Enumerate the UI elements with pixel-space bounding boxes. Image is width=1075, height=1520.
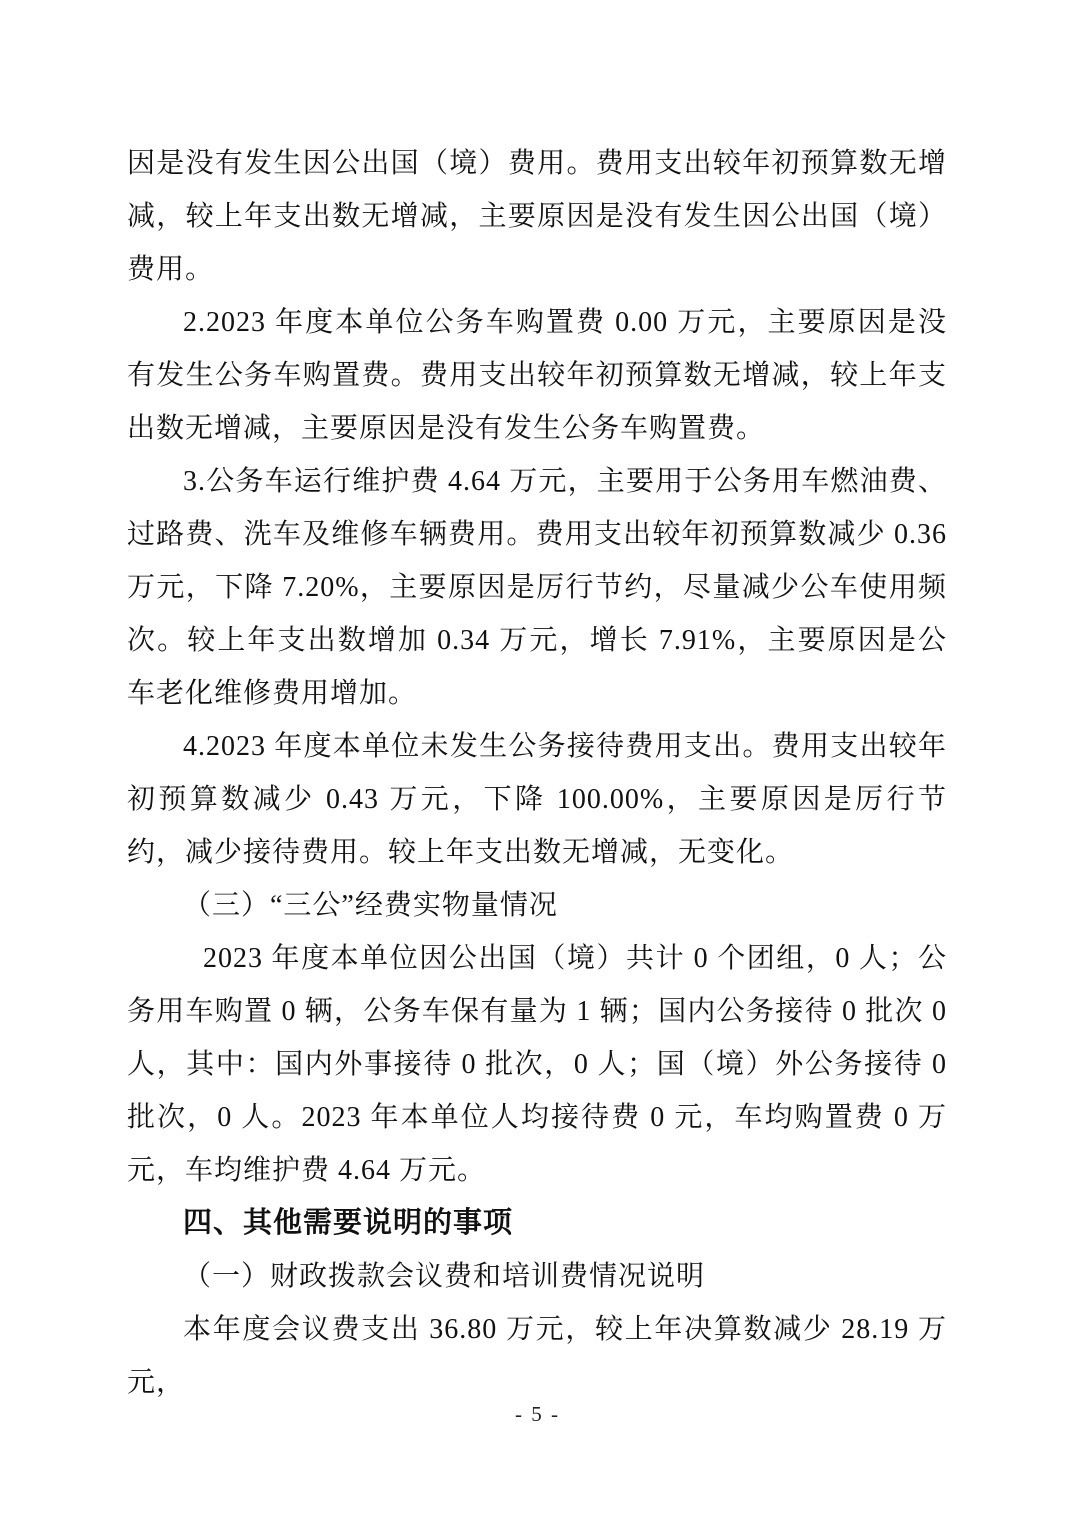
document-body: 因是没有发生因公出国（境）费用。费用支出较年初预算数无增减，较上年支出数无增减，… <box>127 137 947 1409</box>
paragraph-vehicle-purchase: 2.2023 年度本单位公务车购置费 0.00 万元，主要原因是没有发生公务车购… <box>127 296 947 455</box>
document-page: 因是没有发生因公出国（境）费用。费用支出较年初预算数无增减，较上年支出数无增减，… <box>0 0 1075 1520</box>
paragraph-vehicle-maintenance: 3.公务车运行维护费 4.64 万元，主要用于公务用车燃油费、过路费、洗车及维修… <box>127 455 947 720</box>
paragraph-physical-quantity-details: 2023 年度本单位因公出国（境）共计 0 个团组，0 人；公务用车购置 0 辆… <box>127 932 947 1197</box>
paragraph-overseas-travel-continued: 因是没有发生因公出国（境）费用。费用支出较年初预算数无增减，较上年支出数无增减，… <box>127 137 947 296</box>
heading-meeting-training-fees: （一）财政拨款会议费和培训费情况说明 <box>127 1250 947 1303</box>
paragraph-meeting-fee: 本年度会议费支出 36.80 万元，较上年决算数减少 28.19 万元， <box>127 1303 947 1409</box>
heading-three-public-physical-quantity: （三）“三公”经费实物量情况 <box>127 879 947 932</box>
paragraph-official-reception: 4.2023 年度本单位未发生公务接待费用支出。费用支出较年初预算数减少 0.4… <box>127 720 947 879</box>
page-number: - 5 - <box>0 1402 1075 1427</box>
heading-other-matters: 四、其他需要说明的事项 <box>127 1197 947 1250</box>
